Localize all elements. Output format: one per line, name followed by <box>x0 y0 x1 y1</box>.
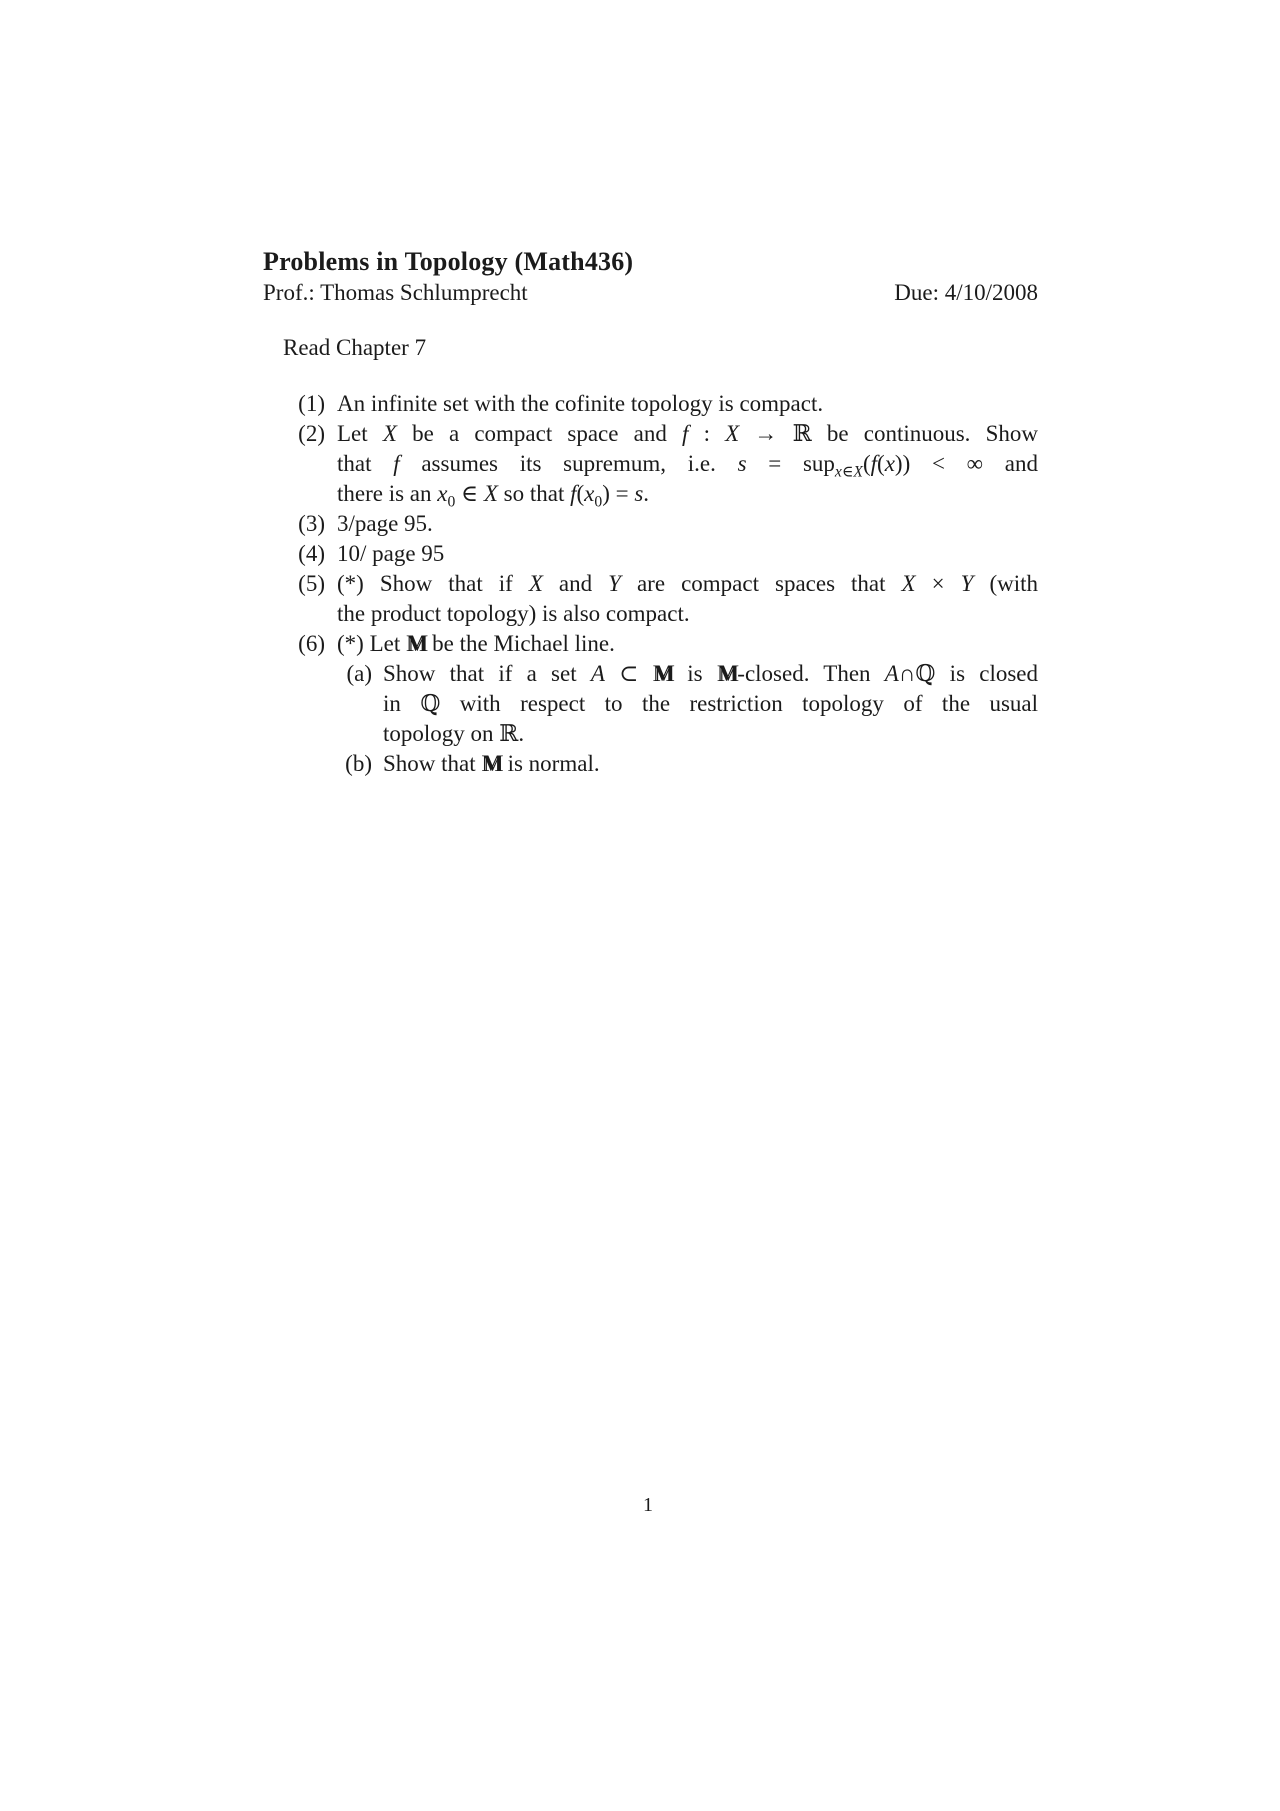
problem-line: that f assumes its supremum, i.e. s = su… <box>337 449 1038 479</box>
reading-instruction: Read Chapter 7 <box>283 333 1038 363</box>
double-struck-M: M <box>717 659 737 689</box>
problem-line: (*) Show that if X and Y are compact spa… <box>337 569 1038 599</box>
problem-body: (*) Show that if X and Y are compact spa… <box>337 569 1038 629</box>
problem-item: (5)(*) Show that if X and Y are compact … <box>263 569 1038 629</box>
problem-line: 10/ page 95 <box>337 539 1038 569</box>
subproblem-label: (a) <box>337 659 372 749</box>
double-struck-M: M <box>481 749 501 779</box>
problem-body: 3/page 95. <box>337 509 1038 539</box>
due-date: Due: 4/10/2008 <box>894 278 1038 308</box>
subproblem-item: (b)Show that M is normal. <box>337 749 1038 779</box>
problem-body: 10/ page 95 <box>337 539 1038 569</box>
problem-label: (4) <box>263 539 325 569</box>
double-struck-M: M <box>406 629 426 659</box>
subproblem-line: Show that if a set A ⊂ M is M-closed. Th… <box>383 659 1038 689</box>
subproblem-body: Show that M is normal. <box>383 749 1038 779</box>
double-struck-M: M <box>653 659 673 689</box>
professor-name: Prof.: Thomas Schlumprecht <box>263 278 528 308</box>
problem-body: (*) Let M be the Michael line.(a)Show th… <box>337 629 1038 779</box>
problem-item: (4)10/ page 95 <box>263 539 1038 569</box>
problem-item: (6)(*) Let M be the Michael line.(a)Show… <box>263 629 1038 779</box>
problem-body: An infinite set with the cofinite topolo… <box>337 389 1038 419</box>
page-title: Problems in Topology (Math436) <box>263 246 1038 278</box>
subproblem-line: in ℚ with respect to the restriction top… <box>383 689 1038 719</box>
subproblem-item: (a)Show that if a set A ⊂ M is M-closed.… <box>337 659 1038 749</box>
problem-label: (1) <box>263 389 325 419</box>
problem-label: (2) <box>263 419 325 509</box>
subproblem-line: Show that M is normal. <box>383 749 1038 779</box>
problem-label: (3) <box>263 509 325 539</box>
problem-line: there is an x0 ∈ X so that f(x0) = s. <box>337 479 1038 509</box>
subproblem-label: (b) <box>337 749 372 779</box>
problem-line: An infinite set with the cofinite topolo… <box>337 389 1038 419</box>
problem-line: 3/page 95. <box>337 509 1038 539</box>
problem-body: Let X be a compact space and f : X → ℝ b… <box>337 419 1038 509</box>
subproblem-line: topology on ℝ. <box>383 719 1038 749</box>
page-number: 1 <box>643 1493 653 1517</box>
problem-item: (1)An infinite set with the cofinite top… <box>263 389 1038 419</box>
problem-line: (*) Let M be the Michael line. <box>337 629 1038 659</box>
problem-line: the product topology) is also compact. <box>337 599 1038 629</box>
problem-line: Let X be a compact space and f : X → ℝ b… <box>337 419 1038 449</box>
problem-label: (5) <box>263 569 325 629</box>
problem-item: (2)Let X be a compact space and f : X → … <box>263 419 1038 509</box>
problem-item: (3)3/page 95. <box>263 509 1038 539</box>
document-content: Problems in Topology (Math436) Prof.: Th… <box>263 246 1038 779</box>
subproblem-body: Show that if a set A ⊂ M is M-closed. Th… <box>383 659 1038 749</box>
problems-list: (1)An infinite set with the cofinite top… <box>263 389 1038 779</box>
document-page: Problems in Topology (Math436) Prof.: Th… <box>0 0 1280 1811</box>
byline-row: Prof.: Thomas Schlumprecht Due: 4/10/200… <box>263 278 1038 308</box>
problem-label: (6) <box>263 629 325 779</box>
